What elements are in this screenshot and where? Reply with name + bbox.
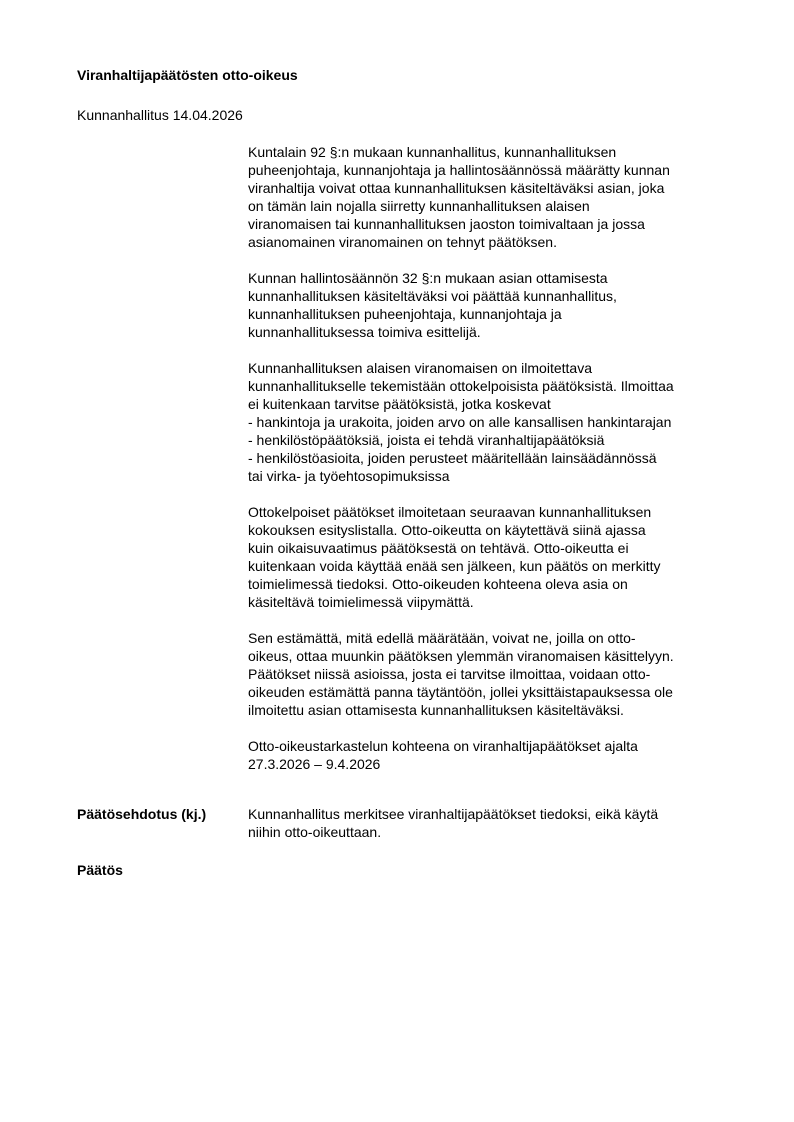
document-title: Viranhaltijapäätösten otto-oikeus (77, 67, 298, 83)
decision-label: Päätös (77, 861, 123, 879)
paragraph: Kuntalain 92 §:n mukaan kunnanhallitus, … (248, 143, 748, 251)
proposal-label: Päätösehdotus (kj.) (77, 805, 206, 823)
paragraph: Otto-oikeustarkastelun kohteena on viran… (248, 737, 748, 773)
proposal-text: Kunnanhallitus merkitsee viranhaltijapää… (248, 805, 748, 841)
meeting-info: Kunnanhallitus 14.04.2026 (77, 107, 243, 123)
document-body: Kuntalain 92 §:n mukaan kunnanhallitus, … (248, 143, 748, 791)
paragraph: Sen estämättä, mitä edellä määrätään, vo… (248, 629, 748, 719)
paragraph: Kunnan hallintosäännön 32 §:n mukaan asi… (248, 269, 748, 341)
paragraph: Kunnanhallituksen alaisen viranomaisen o… (248, 359, 748, 485)
paragraph: Ottokelpoiset päätökset ilmoitetaan seur… (248, 503, 748, 611)
